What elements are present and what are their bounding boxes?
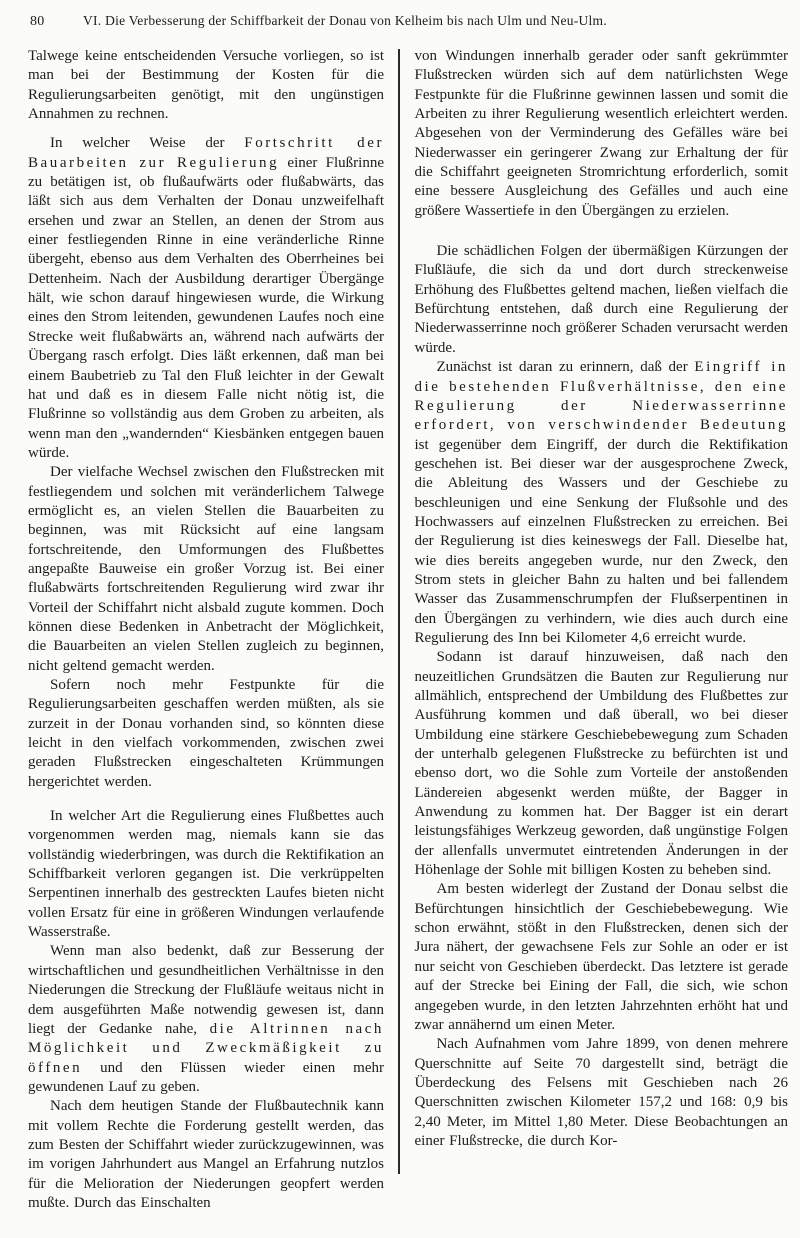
left-column: Talwege keine entscheidenden Versuche vo…	[28, 47, 384, 1220]
column-divider	[398, 49, 400, 1174]
book-page: 80 VI. Die Verbesserung der Schiffbarkei…	[0, 0, 800, 1238]
page-number: 80	[30, 14, 83, 30]
running-title: VI. Die Verbesserung der Schiffbarkeit d…	[83, 13, 770, 29]
paragraph: Am besten widerlegt der Zustand der Dona…	[415, 880, 789, 1035]
paragraph: Nach Aufnahmen vom Jahre 1899, von denen…	[415, 1035, 789, 1151]
paragraph: Sodann ist darauf hinzuweisen, daß nach …	[415, 648, 789, 880]
text-segment: Zunächst ist daran zu erinnern, daß der	[437, 359, 695, 375]
paragraph: Nach dem heutigen Stande der Flußbautech…	[28, 1097, 384, 1213]
paragraph: Zunächst ist daran zu erinnern, daß der …	[415, 358, 789, 648]
two-column-body: Talwege keine entscheidenden Versuche vo…	[0, 30, 800, 1220]
text-segment: einer Flußrinne zu betätigen ist, ob flu…	[28, 155, 384, 461]
text-segment: und den Flüssen wieder einen mehr gewund…	[28, 1060, 384, 1095]
paragraph: von Windungen innerhalb gerader oder san…	[415, 47, 789, 221]
paragraph: Der vielfache Wechsel zwischen den Flußs…	[28, 463, 384, 676]
paragraph: In welcher Weise der Fortschritt der Bau…	[28, 134, 384, 463]
paragraph: Wenn man also bedenkt, daß zur Besserung…	[28, 942, 384, 1097]
paragraph: Sofern noch mehr Festpunkte für die Regu…	[28, 676, 384, 792]
paragraph: Talwege keine entscheidenden Versuche vo…	[28, 47, 384, 124]
paragraph: Die schädlichen Folgen der übermäßigen K…	[415, 242, 789, 358]
page-header: 80 VI. Die Verbesserung der Schiffbarkei…	[0, 0, 800, 30]
right-column: von Windungen innerhalb gerader oder san…	[415, 47, 789, 1220]
paragraph: In welcher Art die Regulierung eines Flu…	[28, 807, 384, 942]
text-segment: In welcher Weise der	[50, 135, 244, 151]
text-segment: ist gegenüber dem Eingriff, der durch di…	[415, 437, 789, 646]
